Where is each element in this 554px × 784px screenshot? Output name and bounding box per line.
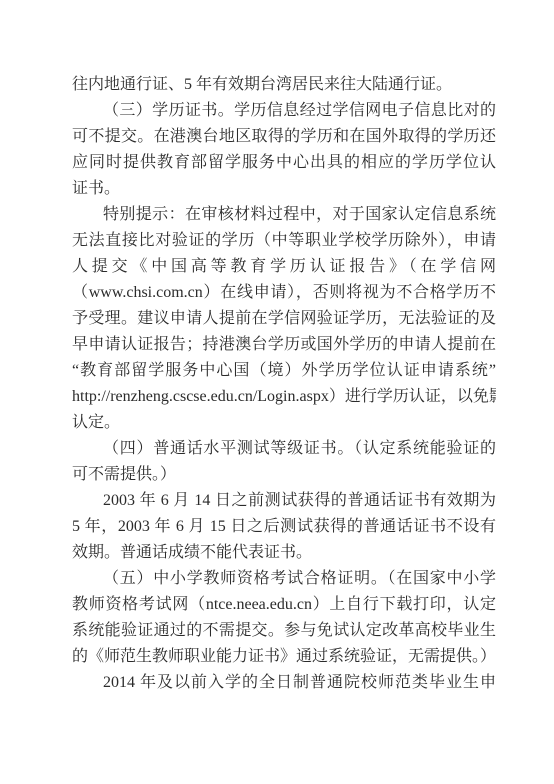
text-line: （www.chsi.com.cn）在线申请），否则将视为不合格学历不 bbox=[72, 280, 496, 306]
text-line: 可不提交。在港澳台地区取得的学历和在国外取得的学历还 bbox=[72, 124, 496, 150]
text-line: 5 年，2003 年 6 月 15 日之后测试获得的普通话证书不设有 bbox=[72, 514, 496, 540]
text-line: 早申请认证报告；持港澳台学历或国外学历的申请人提前在 bbox=[72, 332, 496, 358]
text-line: http://renzheng.cscse.edu.cn/Login.aspx）… bbox=[72, 384, 496, 410]
text-line: （五）中小学教师资格考试合格证明。（在国家中小学 bbox=[72, 566, 496, 592]
text-line: 2014 年及以前入学的全日制普通院校师范类毕业生申 bbox=[72, 670, 496, 696]
document-body: 往内地通行证、5 年有效期台湾居民来往大陆通行证。 （三）学历证书。学历信息经过… bbox=[72, 72, 496, 696]
text-line: 2003 年 6 月 14 日之前测试获得的普通话证书有效期为 bbox=[72, 488, 496, 514]
text-line: 可不需提供。） bbox=[72, 462, 496, 488]
text-line: 效期。普通话成绩不能代表证书。 bbox=[72, 540, 496, 566]
text-line: （四）普通话水平测试等级证书。（认定系统能验证的 bbox=[72, 436, 496, 462]
text-line: 无法直接比对验证的学历（中等职业学校学历除外），申请 bbox=[72, 228, 496, 254]
text-line: （三）学历证书。学历信息经过学信网电子信息比对的 bbox=[72, 98, 496, 124]
document-page: 往内地通行证、5 年有效期台湾居民来往大陆通行证。 （三）学历证书。学历信息经过… bbox=[0, 0, 554, 784]
text-line: 教师资格考试网（ntce.neea.edu.cn）上自行下载打印，认定 bbox=[72, 592, 496, 618]
text-line: 证书。 bbox=[72, 176, 496, 202]
text-line: 应同时提供教育部留学服务中心出具的相应的学历学位认 bbox=[72, 150, 496, 176]
text-line: 人提交《中国高等教育学历认证报告》（在学信网 bbox=[72, 254, 496, 280]
text-line: 特别提示：在审核材料过程中，对于国家认定信息系统 bbox=[72, 202, 496, 228]
text-line: 往内地通行证、5 年有效期台湾居民来往大陆通行证。 bbox=[72, 72, 496, 98]
text-line: 系统能验证通过的不需提交。参与免试认定改革高校毕业生 bbox=[72, 618, 496, 644]
text-line: 的《师范生教师职业能力证书》通过系统验证，无需提供。） bbox=[72, 644, 496, 670]
text-line: 认定。 bbox=[72, 410, 496, 436]
text-line: 予受理。建议申请人提前在学信网验证学历，无法验证的及 bbox=[72, 306, 496, 332]
text-line: “教育部留学服务中心国（境）外学历学位认证申请系统” bbox=[72, 358, 496, 384]
